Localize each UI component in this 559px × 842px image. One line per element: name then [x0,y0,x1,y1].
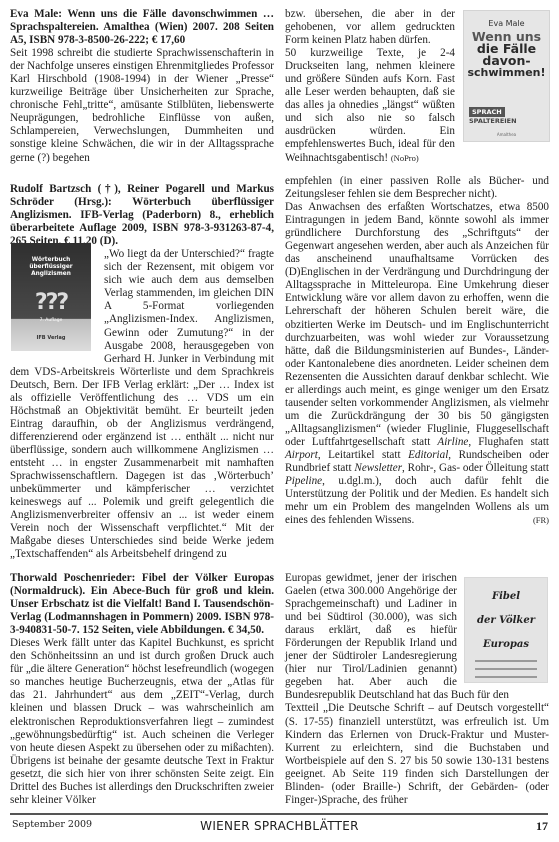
cover-edition: 7. Auflage [11,318,91,323]
review-heading: Eva Male: Wenn uns die Fälle davonschwim… [10,8,274,47]
review-body: Textteil „Die Deutsche Schrift – auf Deu… [285,702,549,806]
review-body: Das Anwachsen des erfaßten Wortschatzes,… [285,201,549,527]
review-eva-male-left: Eva Male: Wenn uns die Fälle davonschwim… [10,8,274,165]
cover-badge: SPALTEREIEN [469,117,517,125]
question-marks-icon: ??? [11,290,91,315]
review-body: 50 kurzweilige Texte, je 2-4 Druckseiten… [285,47,455,163]
footer-date: September 2009 [12,819,92,830]
footer-rule [10,813,548,815]
cover-publisher: Amalthea [464,132,549,137]
review-body: bzw. übersehen, die aber in der gehobene… [285,8,455,47]
cover-title: Fibel [465,592,547,602]
review-eva-male-right: bzw. übersehen, die aber in der gehobene… [285,8,455,165]
review-anglizismen-right: empfehlen (in einer passiven Rolle als B… [285,175,549,527]
review-body: Seit 1998 schreibt die studierte Sprachw… [10,47,274,164]
book-cover-eva-male: Eva Male Wenn uns die Fälle davon- schwi… [463,10,550,142]
review-signature: (FR) [533,514,549,527]
cover-publisher: IFB Verlag [11,335,91,341]
book-cover-anglizismen: Wörterbuch überflüssiger Anglizismen ???… [11,243,91,351]
review-anglizismen-left: Rudolf Bartzsch (†), Reiner Pogarell und… [10,183,274,561]
cover-title: der Völker [465,616,547,626]
review-body: empfehlen (in einer passiven Rolle als B… [285,175,549,201]
cover-text-lines [475,660,537,683]
book-cover-fibel: Fibel der Völker Europas [464,577,548,683]
review-fibel-left: Thorwald Poschenrieder: Fibel der Völker… [10,572,274,807]
cover-title: schwimmen! [464,67,549,79]
review-signature: (NoPro) [391,153,419,163]
review-body: Dieses Werk fällt unter das Kapitel Buch… [10,637,274,807]
footer-page-number: 17 [536,819,548,834]
review-heading: Rudolf Bartzsch (†), Reiner Pogarell und… [10,183,274,248]
cover-title: Wörterbuch überflüssiger Anglizismen [11,257,91,278]
review-heading: Thorwald Poschenrieder: Fibel der Völker… [10,572,274,637]
cover-title: Europas [465,640,547,650]
cover-badge: SPRACH [469,107,505,117]
cover-author: Eva Male [464,19,549,28]
